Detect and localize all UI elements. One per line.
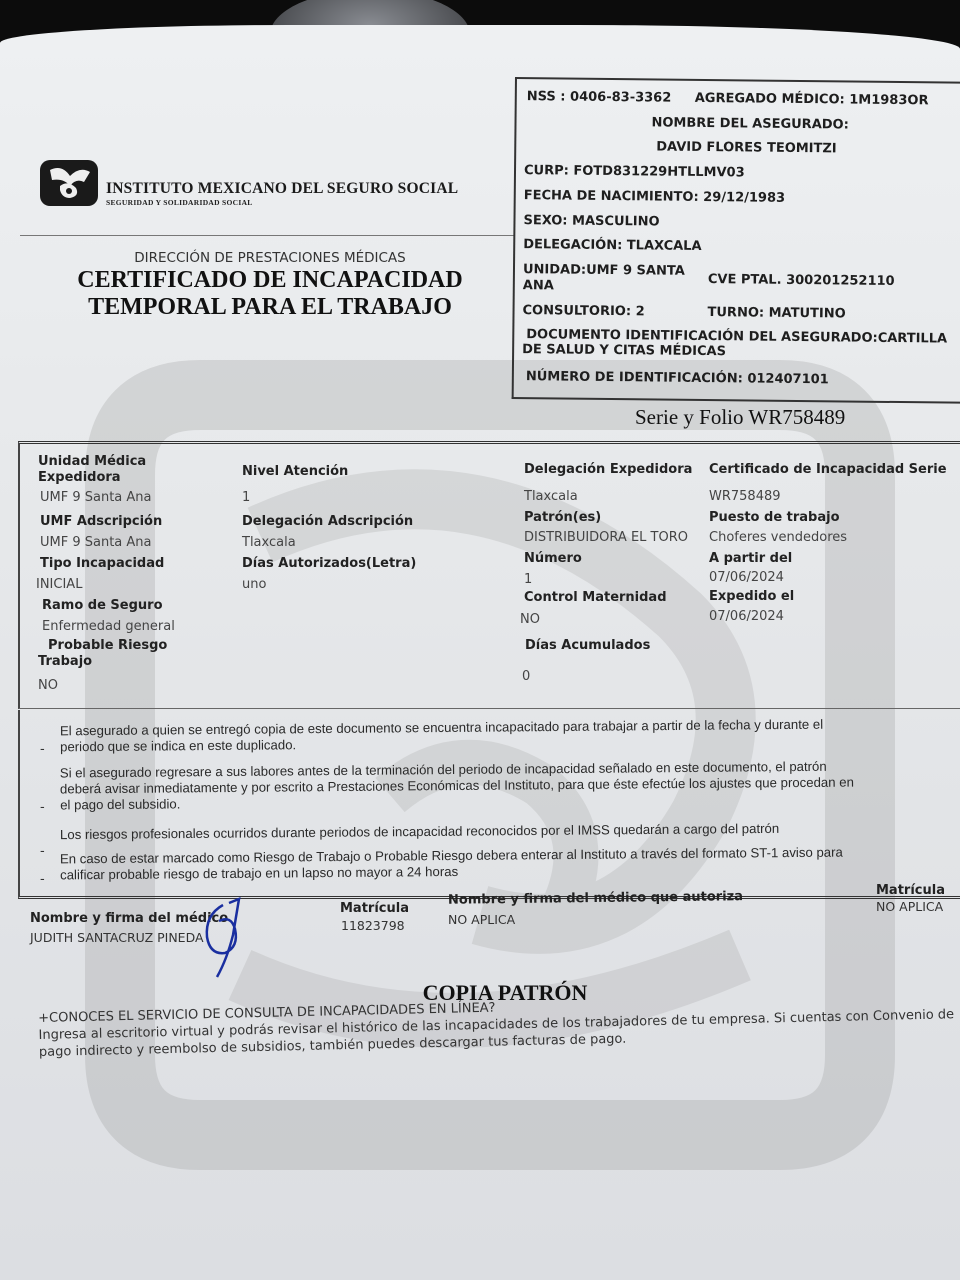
birthdate-value: 29/12/1983 [703,190,785,206]
certificate-document: INSTITUTO MEXICANO DEL SEGURO SOCIAL SEG… [0,25,960,1280]
institution-motto: SEGURIDAD Y SOLIDARIDAD SOCIAL [106,198,253,207]
tipo-incapacidad-value: INICIAL [36,577,82,592]
note-bullet: - [40,872,45,887]
id-number-field: NÚMERO DE IDENTIFICACIÓN: 012407101 [526,369,829,387]
title-line-2: TEMPORAL PARA EL TRABAJO [0,294,540,321]
auth-matricula-label: Matrícula [876,883,945,898]
numero-value: 1 [524,572,532,587]
nivel-atencion-label: Nivel Atención [242,464,348,480]
note-3: Los riesgos profesionales ocurridos dura… [60,821,779,843]
control-maternidad-label: Control Maternidad [524,590,667,606]
sex-field: SEXO: MASCULINO [523,213,659,229]
certificate-title: CERTIFICADO DE INCAPACIDAD TEMPORAL PARA… [0,267,540,321]
nivel-atencion-value: 1 [242,490,250,505]
unit-value-1: UMF 9 SANTA [586,263,685,279]
cve-value: 300201252110 [786,273,895,289]
id-number-value: 012407101 [747,371,829,387]
ramo-seguro-value: Enfermedad general [42,619,175,634]
shift-value: MATUTINO [769,306,846,322]
agregado-field: AGREGADO MÉDICO: 1M1983OR [695,91,929,108]
patron-value: DISTRIBUIDORA EL TORO [524,530,688,545]
delegacion-adscripcion-value: Tlaxcala [242,535,296,550]
dias-letra-value: uno [242,577,266,592]
dias-letra-label: Días Autorizados(Letra) [242,556,416,572]
note-bullet: - [40,800,45,815]
authorizer-label: Nombre y firma del médico que autoriza [448,889,743,908]
divider [20,235,515,236]
dias-acumulados-value: 0 [522,669,530,684]
agregado-value: 1M1983OR [849,93,928,109]
birthdate-field: FECHA DE NACIMIENTO: 29/12/1983 [524,188,785,206]
imss-logo [40,160,98,206]
directorate: DIRECCIÓN DE PRESTACIONES MÉDICAS [0,250,540,266]
cve-field: CVE PTAL. 300201252110 [708,272,895,289]
serie-folio: Serie y Folio WR758489 [635,405,845,430]
notes-box: El asegurado a quien se entregó copia de… [18,710,960,899]
office-field: CONSULTORIO: 2 [522,303,644,319]
delegacion-adscripcion-label: Delegación Adscripción [242,514,413,530]
authorizer-value: NO APLICA [448,912,515,927]
unidad-expedidora-label: Unidad MédicaExpedidora [38,454,146,486]
patient-name: DAVID FLORES TEOMITZI [656,139,837,156]
details-table: Unidad MédicaExpedidora UMF 9 Santa Ana … [18,441,960,709]
note-bullet: - [40,742,45,757]
control-maternidad-value: NO [520,612,540,627]
ramo-seguro-label: Ramo de Seguro [42,598,163,614]
riesgo-trabajo-value: NO [38,678,58,693]
expedido-value: 07/06/2024 [709,609,784,624]
puesto-label: Puesto de trabajo [709,510,840,526]
riesgo-trabajo-label: Probable RiesgoTrabajo [38,638,167,670]
note-bullet: - [40,844,45,859]
certificado-serie-value: WR758489 [709,489,781,504]
office-value: 2 [636,304,645,319]
id-document-field: DOCUMENTO IDENTIFICACIÓN DEL ASEGURADO:C… [526,327,947,361]
handwritten-signature-icon [195,895,255,980]
auth-matricula-value: NO APLICA [876,899,943,914]
dias-acumulados-label: Días Acumulados [525,638,650,654]
note-2: Si el asegurado regresare a sus labores … [60,759,854,814]
imss-eagle-logo-icon [40,160,98,206]
tipo-incapacidad-label: Tipo Incapacidad [40,556,164,572]
certificado-serie-label: Certificado de Incapacidad Serie [709,462,947,478]
institution-name: INSTITUTO MEXICANO DEL SEGURO SOCIAL [106,180,458,198]
a-partir-value: 07/06/2024 [709,570,784,585]
title-line-1: CERTIFICADO DE INCAPACIDAD [0,267,540,294]
patient-info-box: NSS : 0406-83-3362 AGREGADO MÉDICO: 1M19… [512,77,960,404]
unit-value-2: ANA [523,278,554,293]
umf-adscripcion-value: UMF 9 Santa Ana [40,535,152,550]
sex-value: MASCULINO [572,214,660,230]
matricula-label: Matrícula [340,901,409,916]
delegacion-expedidora-label: Delegación Expedidora [524,462,692,478]
note-4: En caso de estar marcado como Riesgo de … [60,845,843,884]
umf-adscripcion-label: UMF Adscripción [40,514,162,530]
matricula-value: 11823798 [341,918,405,933]
delegation-field: DELEGACIÓN: TLAXCALA [523,237,701,254]
expedido-label: Expedido el [709,589,794,605]
puesto-value: Choferes vendedores [709,530,847,545]
numero-label: Número [524,551,582,567]
note-1: El asegurado a quien se entregó copia de… [60,717,823,756]
shift-field: TURNO: MATUTINO [707,305,845,321]
unit-field: UNIDAD:UMF 9 SANTAANA [523,262,685,296]
name-label: NOMBRE DEL ASEGURADO: [651,115,848,132]
nss-field: NSS : 0406-83-3362 [527,89,672,106]
patron-label: Patrón(es) [524,510,601,526]
curp-field: CURP: FOTD831229HTLLMV03 [524,163,745,180]
nss-value: 0406-83-3362 [570,90,671,106]
id-document-value-1: CARTILLA [878,331,948,347]
a-partir-label: A partir del [709,551,792,567]
curp-value: FOTD831229HTLLMV03 [573,164,744,181]
unidad-expedidora-value: UMF 9 Santa Ana [40,490,152,505]
doctor-name: JUDITH SANTACRUZ PINEDA [30,930,204,945]
delegation-value: TLAXCALA [627,238,702,254]
delegacion-expedidora-value: Tlaxcala [524,489,578,504]
id-document-value-2: DE SALUD Y CITAS MÉDICAS [522,342,726,359]
